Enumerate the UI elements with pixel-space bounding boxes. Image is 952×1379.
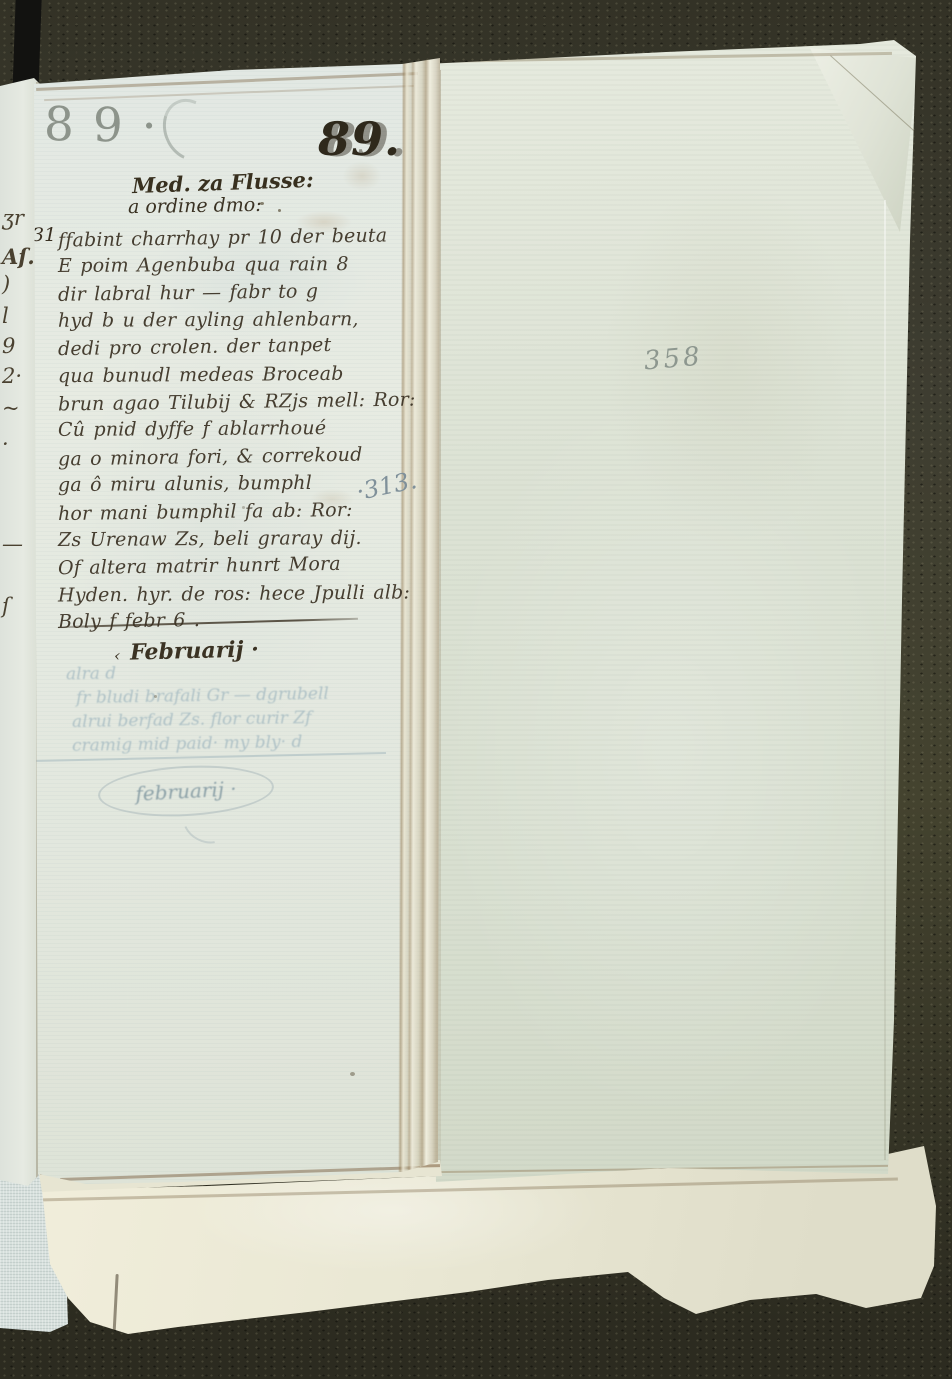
bleedthrough-text-line: alra d [66, 664, 116, 685]
manuscript-photo-scene: 358 ʒr Aſ. ) l 9 2· ~ · — ſ 8 9 · 89. Me… [0, 0, 952, 1379]
fore-edge-stack [398, 56, 442, 1172]
body-text-line: ga o minora fori, & correkoud [58, 444, 363, 471]
body-text-line: Of altera matrir hunrt Mora [58, 553, 341, 579]
body-text-line: ga ô miru alunis, bumphl [58, 472, 312, 496]
folio-number-ink: 89. [318, 112, 401, 166]
body-text-line: hor mani bumphil fa ab: Ror: [58, 499, 353, 525]
body-text-line: qua bunudl medeas Broceab [58, 363, 344, 387]
vertical-crease-line [884, 200, 886, 1160]
pencil-circle-mark [153, 90, 227, 170]
body-text-line: hyd b u der ayling ahlenbarn, [58, 308, 359, 332]
body-text-line: brun agao Tilubij & RZjs mell: Ror: [58, 389, 416, 416]
bleedthrough-text-line: fr bludi brafali Gr — dgrubell [76, 684, 329, 708]
section-heading-line1: Med. za Flusse: [132, 167, 314, 198]
heading-prefix-mark: ‹ [114, 646, 120, 665]
paper-fiber-speck [350, 1072, 355, 1076]
folio-number-pencil: 8 9 · [44, 97, 160, 154]
body-text-line: Cû pnid dyffe f ablarrhoué [58, 417, 326, 441]
body-text-line: Boly f febr 6 . [58, 609, 200, 633]
corner-fold [796, 40, 918, 232]
body-text-line: ffabint charrhay pr 10 der beuta [58, 224, 388, 251]
body-text-line: dedi pro crolen. der tanpet [58, 334, 332, 360]
section-heading-line2: a ordine dmo: [128, 194, 262, 218]
ink-speck [278, 209, 281, 212]
month-heading-februarij: Februarij · [130, 636, 260, 665]
body-text-line: Hyden. hyr. de ros: hece Jpulli alb: [58, 581, 410, 606]
body-text-line: E poim Agenbuba qua rain 8 [58, 253, 349, 277]
manuscript-left-page: 8 9 · 89. Med. za Flusse: a ordine dmo: … [32, 54, 440, 1188]
bleedthrough-text-line: cramig mid paid· my bly· d [72, 732, 303, 756]
margin-day-number: 31 [32, 224, 56, 246]
circled-month-heading-text: februarij · [135, 776, 237, 805]
ink-speck [242, 506, 245, 509]
right-blank-page: 358 [416, 40, 922, 1186]
pencil-folio-358: 358 [643, 342, 704, 377]
ink-speck [260, 202, 264, 205]
bleedthrough-text-line: alrui berfad Zs. flor curir Zf [72, 708, 312, 732]
bottom-sheet-tear [112, 1274, 118, 1338]
ink-speck [154, 695, 157, 698]
body-text-line: dir labral hur — fabr to g [58, 280, 319, 306]
body-text-line: Zs Urenaw Zs, beli graray dij. [58, 527, 362, 551]
